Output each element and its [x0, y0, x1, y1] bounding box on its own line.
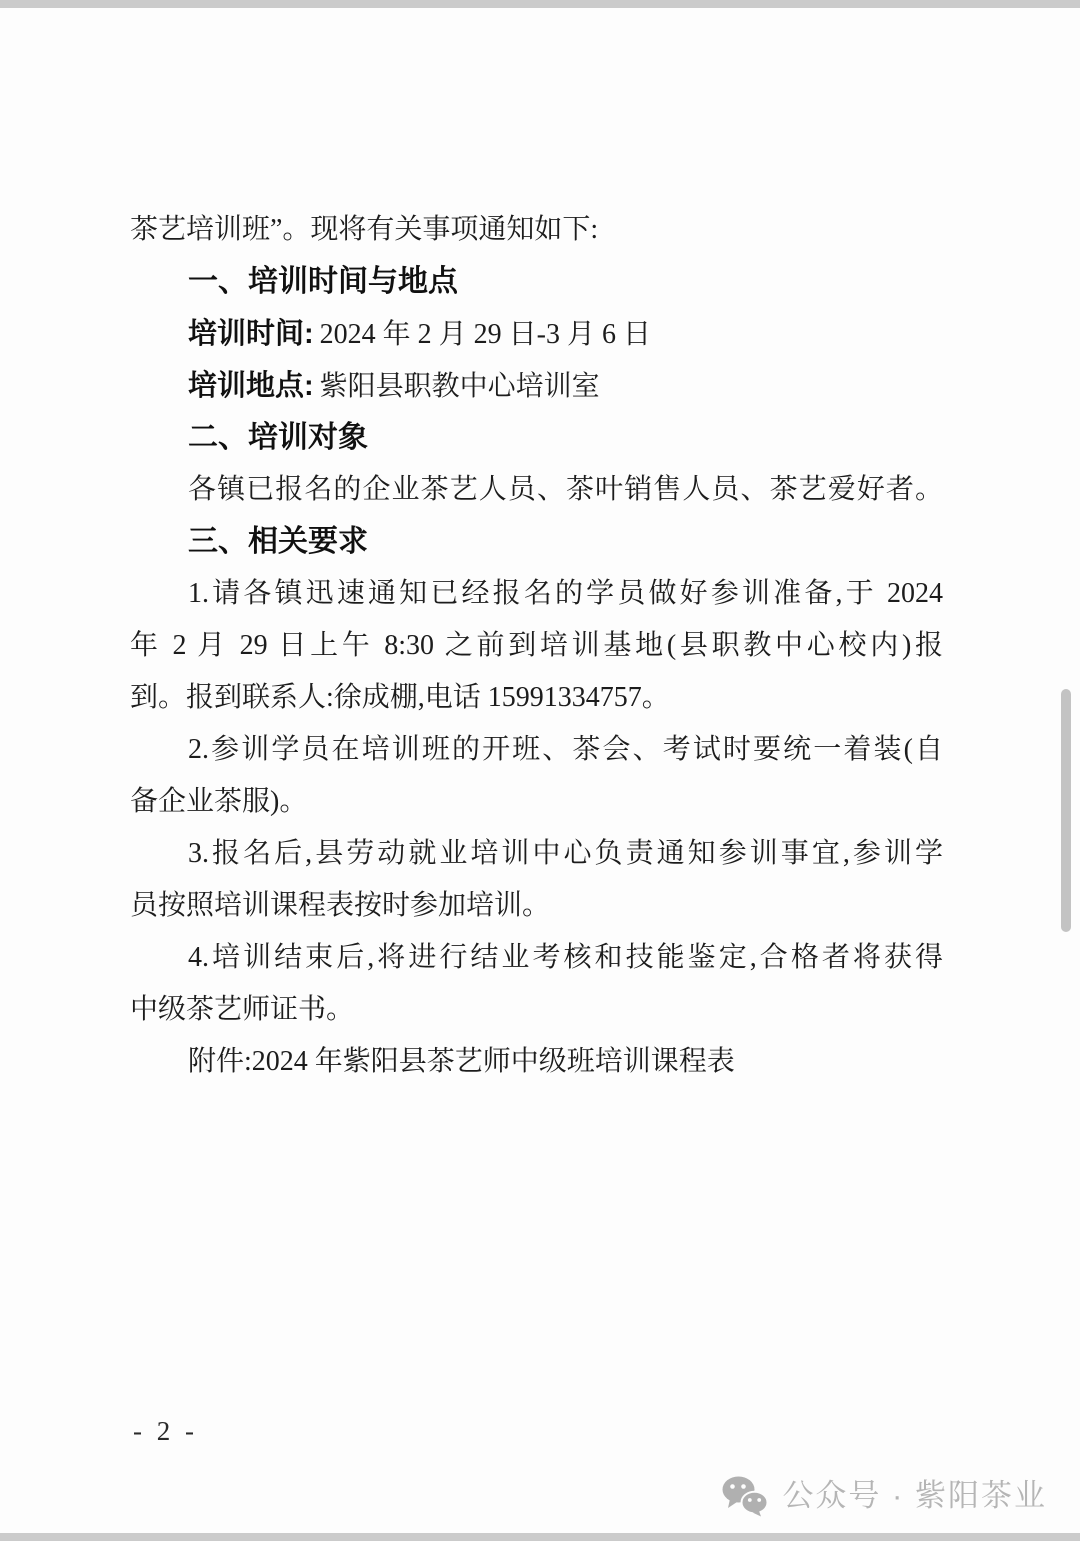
doc-line: 3.报名后,县劳动就业培训中心负责通知参训事宜,参训学 — [130, 828, 943, 880]
doc-line: 各镇已报名的企业茶艺人员、茶叶销售人员、茶艺爱好者。 — [130, 464, 943, 516]
doc-line-label: 培训时间: — [188, 318, 314, 350]
doc-line-text: 备企业茶服)。 — [130, 786, 307, 817]
doc-line: 二、培训对象 — [130, 412, 943, 464]
bottom-edge-bar — [0, 1533, 1080, 1541]
doc-line-text: 1.请各镇迅速通知已经报名的学员做好参训准备,于 2024 — [188, 578, 943, 609]
wechat-icon — [721, 1475, 769, 1517]
doc-line: 三、相关要求 — [130, 516, 943, 568]
doc-line: 4.培训结束后,将进行结业考核和技能鉴定,合格者将获得 — [130, 932, 943, 984]
doc-line-text: 员按照培训课程表按时参加培训。 — [130, 890, 550, 921]
doc-line: 中级茶艺师证书。 — [130, 984, 943, 1036]
doc-line: 员按照培训课程表按时参加培训。 — [130, 880, 943, 932]
doc-line: 到。报到联系人:徐成棚,电话 15991334757。 — [130, 672, 943, 724]
doc-line-text: 2.参训学员在培训班的开班、茶会、考试时要统一着装(自 — [188, 734, 943, 765]
doc-line-text: 年 2 月 29 日上午 8:30 之前到培训基地(县职教中心校内)报 — [130, 630, 943, 661]
doc-line-text: 各镇已报名的企业茶艺人员、茶叶销售人员、茶艺爱好者。 — [188, 474, 943, 505]
page: { "page": { "background": "#fdfdfd", "ed… — [0, 0, 1080, 1541]
doc-line-text: 二、培训对象 — [188, 421, 368, 454]
doc-line: 茶艺培训班”。现将有关事项通知如下: — [130, 204, 943, 256]
doc-line: 附件:2024 年紫阳县茶艺师中级班培训课程表 — [130, 1036, 943, 1088]
doc-line: 1.请各镇迅速通知已经报名的学员做好参训准备,于 2024 — [130, 568, 943, 620]
top-edge-bar — [0, 0, 1080, 8]
page-number: - 2 - — [133, 1416, 198, 1447]
doc-line: 2.参训学员在培训班的开班、茶会、考试时要统一着装(自 — [130, 724, 943, 776]
doc-line: 一、培训时间与地点 — [130, 256, 943, 308]
document-body: 茶艺培训班”。现将有关事项通知如下:一、培训时间与地点培训时间:2024 年 2… — [130, 204, 943, 1088]
doc-line: 备企业茶服)。 — [130, 776, 943, 828]
doc-line-text: 附件:2024 年紫阳县茶艺师中级班培训课程表 — [188, 1046, 735, 1077]
doc-line-text: 茶艺培训班”。现将有关事项通知如下: — [130, 214, 598, 245]
doc-line: 培训地点:紫阳县职教中心培训室 — [130, 360, 943, 412]
doc-line-text: 三、相关要求 — [188, 525, 368, 558]
doc-line: 年 2 月 29 日上午 8:30 之前到培训基地(县职教中心校内)报 — [130, 620, 943, 672]
doc-line-text: 4.培训结束后,将进行结业考核和技能鉴定,合格者将获得 — [188, 942, 943, 973]
doc-line-label: 培训地点: — [188, 370, 314, 402]
doc-line: 培训时间:2024 年 2 月 29 日-3 月 6 日 — [130, 308, 943, 360]
doc-line-text: 一、培训时间与地点 — [188, 265, 458, 298]
doc-line-text: 2024 年 2 月 29 日-3 月 6 日 — [320, 319, 651, 350]
doc-line-text: 中级茶艺师证书。 — [130, 994, 354, 1025]
doc-line-text: 3.报名后,县劳动就业培训中心负责通知参训事宜,参训学 — [188, 838, 943, 869]
scrollbar-thumb[interactable] — [1061, 689, 1071, 932]
watermark-text: 公众号 · 紫阳茶业 — [782, 1474, 1047, 1518]
wechat-watermark: 公众号 · 紫阳茶业 — [721, 1474, 1047, 1518]
doc-line-text: 紫阳县职教中心培训室 — [320, 371, 600, 402]
doc-line-text: 到。报到联系人:徐成棚,电话 15991334757。 — [130, 682, 670, 713]
